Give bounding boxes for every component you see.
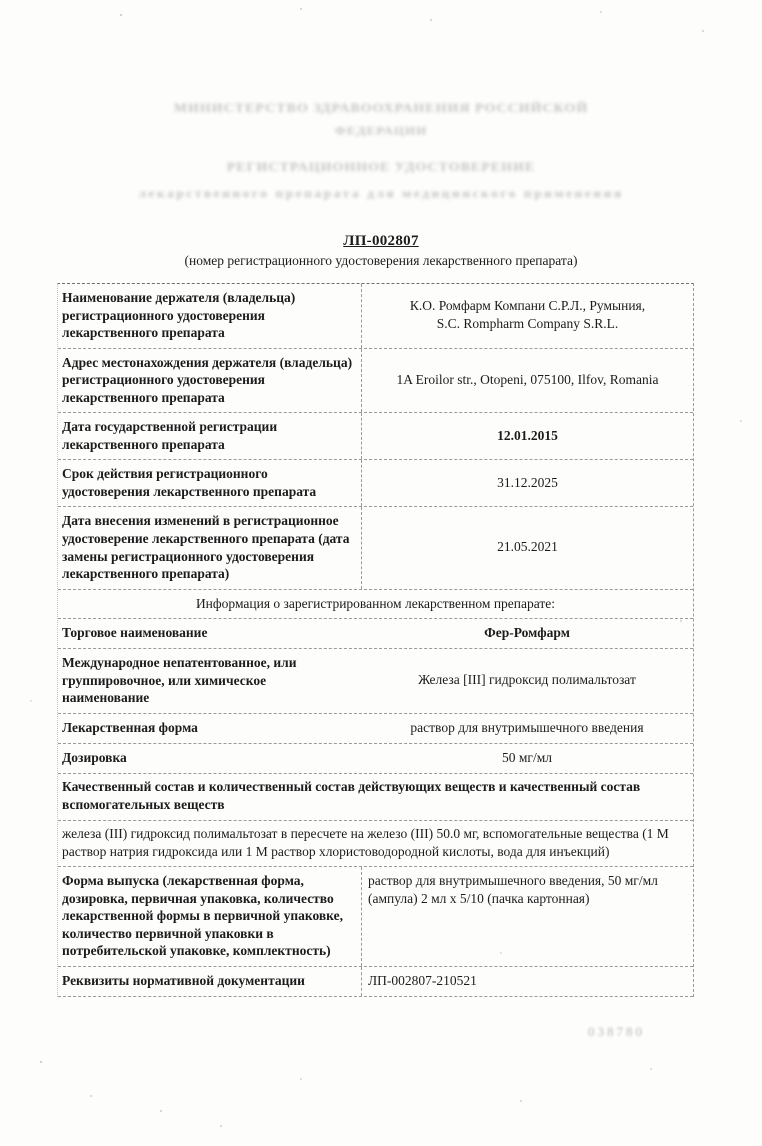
row-value: 12.01.2015 [361,413,693,459]
illegible-header-line-4: лекарственного препарата для медицинског… [0,187,762,202]
composition-heading: Качественный состав и количественный сос… [58,774,693,820]
row-value: 50 мг/мл [361,744,693,773]
registration-number-caption: (номер регистрационного удостоверения ле… [0,253,762,269]
scan-noise-speckles [0,0,2,2]
table-row-strength: Дозировка 50 мг/мл [58,744,693,774]
table-row-release-form: Форма выпуска (лекарственная форма, дози… [58,867,693,967]
table-row-amendment-date: Дата внесения изменений в регистрационно… [58,507,693,589]
table-row-holder-name: Наименование держателя (владельца) регис… [58,284,693,349]
table-row-normative-docs: Реквизиты нормативной документации ЛП-00… [58,967,693,997]
table-row-dosage-form: Лекарственная форма раствор для внутримы… [58,714,693,744]
registration-info-table: Наименование держателя (владельца) регис… [57,283,694,997]
table-row-holder-address: Адрес местонахождения держателя (владель… [58,349,693,414]
row-label: Дата государственной регистрации лекарст… [58,413,361,459]
row-value: раствор для внутримышечного введения, 50… [361,867,693,966]
row-label: Адрес местонахождения держателя (владель… [58,349,361,413]
composition-text: железа (III) гидроксид полимальтозат в п… [58,821,693,867]
row-value: Фер-Ромфарм [361,619,693,648]
scanned-document-page: МИНИСТЕРСТВО ЗДРАВООХРАНЕНИЯ РОССИЙСКОЙ … [0,0,762,1146]
table-row-expiry-date: Срок действия регистрационного удостовер… [58,460,693,507]
row-label: Международное непатентованное, или групп… [58,649,361,713]
row-label: Дозировка [58,744,361,773]
row-label: Реквизиты нормативной документации [58,967,361,996]
row-value: Железа [III] гидроксид полимальтозат [361,649,693,713]
registration-number-title: ЛП-002807 [0,233,762,250]
row-label: Форма выпуска (лекарственная форма, дози… [58,867,361,966]
row-label: Лекарственная форма [58,714,361,743]
row-label: Дата внесения изменений в регистрационно… [58,507,361,588]
row-value: 1A Eroilor str., Otopeni, 075100, Ilfov,… [361,349,693,413]
table-row-registration-date: Дата государственной регистрации лекарст… [58,413,693,460]
stamp-number: 038780 [588,1024,645,1040]
row-label: Торговое наименование [58,619,361,648]
row-value: ЛП-002807-210521 [361,967,693,996]
row-label: Срок действия регистрационного удостовер… [58,460,361,506]
row-value: К.О. Ромфарм Компани С.Р.Л., Румыния, S.… [361,284,693,348]
row-label: Наименование держателя (владельца) регис… [58,284,361,348]
illegible-header-line-2: ФЕДЕРАЦИИ [0,124,762,139]
table-row-inn-name: Международное непатентованное, или групп… [58,649,693,714]
info-section-heading: Информация о зарегистрированном лекарств… [58,590,693,619]
row-value: 31.12.2025 [361,460,693,506]
row-value: 21.05.2021 [361,507,693,588]
table-row-trade-name: Торговое наименование Фер-Ромфарм [58,619,693,649]
illegible-header-line-1: МИНИСТЕРСТВО ЗДРАВООХРАНЕНИЯ РОССИЙСКОЙ [0,102,762,117]
row-value: раствор для внутримышечного введения [361,714,693,743]
illegible-header-line-3: РЕГИСТРАЦИОННОЕ УДОСТОВЕРЕНИЕ [0,161,762,176]
